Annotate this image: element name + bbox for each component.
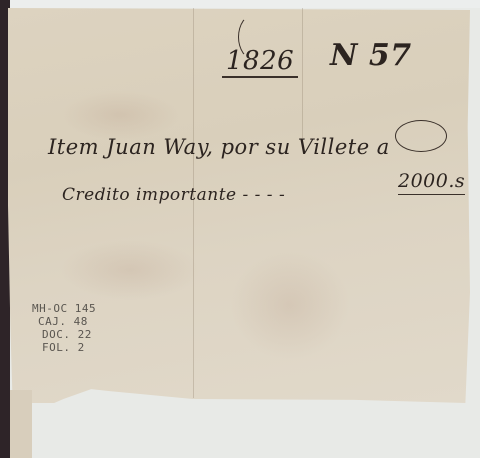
entry-amount: 2000.s — [398, 168, 465, 195]
archive-label-line: FOL. 2 — [32, 341, 96, 354]
archive-label-line: DOC. 22 — [32, 328, 96, 341]
number-value: 57 — [369, 38, 412, 73]
paper-stain — [60, 240, 200, 300]
fold-line — [302, 8, 303, 138]
scan-background-top — [10, 0, 480, 8]
entry-line-1: Item Juan Way, por su Villete a — [48, 132, 390, 162]
paper-stain — [230, 250, 350, 360]
archive-label-line: CAJ. 48 — [32, 315, 96, 328]
archive-label-line: MH-OC 145 — [32, 302, 96, 315]
document-number: N 57 — [330, 36, 412, 76]
number-label: N — [330, 38, 358, 73]
flourish-loop — [395, 120, 447, 152]
entry-line-2: Credito importante - - - - — [62, 182, 285, 208]
flourish-stroke — [238, 14, 270, 60]
archive-label: MH-OC 145 CAJ. 48 DOC. 22 FOL. 2 — [32, 302, 96, 354]
page-torn-corner — [10, 390, 32, 458]
document-scan: 1826 N 57 Item Juan Way, por su Villete … — [0, 0, 480, 458]
